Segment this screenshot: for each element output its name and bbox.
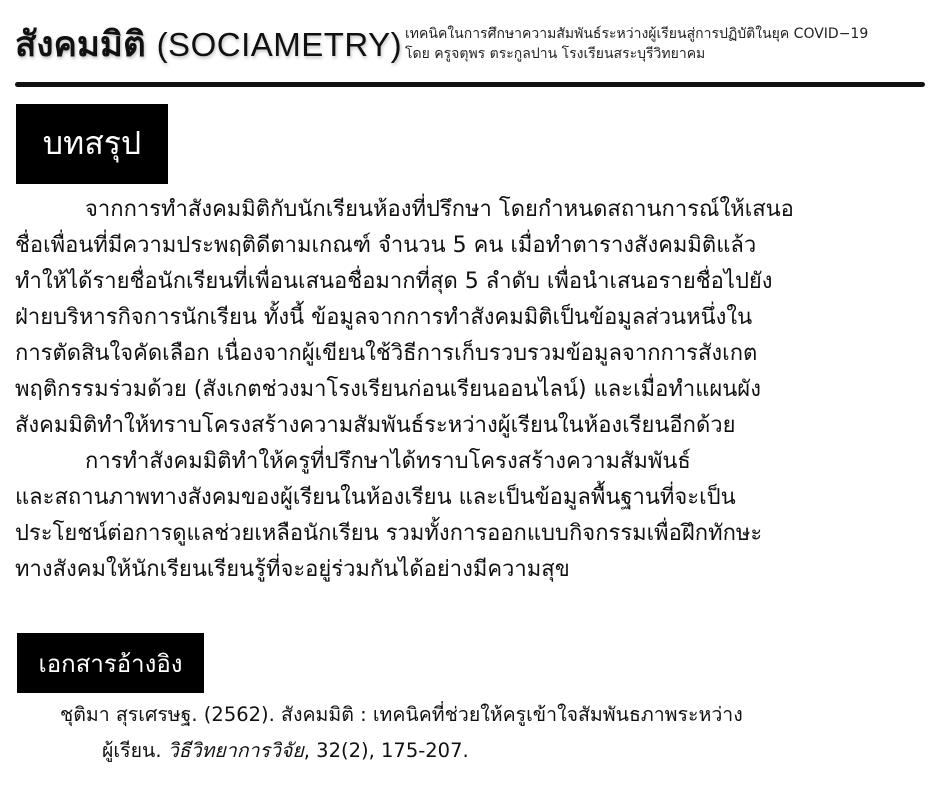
header-divider <box>15 82 925 87</box>
summary-line: ชื่อเพื่อนที่มีความประพฤติดีตามเกณฑ์ จำน… <box>15 228 915 264</box>
title-latin: (SOCIAMETRY) <box>157 26 403 63</box>
summary-heading: บทสรุป <box>16 104 168 184</box>
reference-suffix: , 32(2), 175-207. <box>304 739 469 762</box>
reference-prefix: ผู้เรียน. <box>102 739 168 762</box>
page-subtitle: เทคนิคในการศึกษาความสัมพันธ์ระหว่างผู้เร… <box>405 24 868 64</box>
page-header: สังคมมิติ (SOCIAMETRY) เทคนิคในการศึกษาค… <box>15 18 940 80</box>
summary-line: จากการทำสังคมมิติกับนักเรียนห้องที่ปรึกษ… <box>15 192 915 228</box>
summary-line: ทำให้ได้รายชื่อนักเรียนที่เพื่อนเสนอชื่อ… <box>15 264 915 300</box>
reference-entry: ชุติมา สุรเศรษฐ. (2562). สังคมมิติ : เทค… <box>60 697 920 769</box>
references-heading: เอกสารอ้างอิง <box>17 633 204 693</box>
subtitle-topic: เทคนิคในการศึกษาความสัมพันธ์ระหว่างผู้เร… <box>405 24 868 44</box>
reference-line-1: ชุติมา สุรเศรษฐ. (2562). สังคมมิติ : เทค… <box>60 697 920 733</box>
summary-line: ฝ่ายบริหารกิจการนักเรียน ทั้งนี้ ข้อมูลจ… <box>15 300 915 336</box>
title-thai: สังคมมิติ <box>15 25 146 65</box>
summary-line: การทำสังคมมิติทำให้ครูที่ปรึกษาได้ทราบโค… <box>15 444 915 480</box>
page-title: สังคมมิติ (SOCIAMETRY) <box>15 22 402 68</box>
subtitle-author: โดย ครูจตุพร ตระกูลปาน โรงเรียนสระบุรีวิ… <box>405 44 868 64</box>
reference-line-2: ผู้เรียน. วิธีวิทยาการวิจัย, 32(2), 175-… <box>60 733 920 769</box>
summary-line: และสถานภาพทางสังคมของผู้เรียนในห้องเรียน… <box>15 480 915 516</box>
summary-line: ทางสังคมให้นักเรียนเรียนรู้ที่จะอยู่ร่วม… <box>15 552 915 588</box>
summary-line: สังคมมิติทำให้ทราบโครงสร้างความสัมพันธ์ร… <box>15 408 915 444</box>
summary-line: การตัดสินใจคัดเลือก เนื่องจากผู้เขียนใช้… <box>15 336 915 372</box>
summary-line: พฤติกรรมร่วมด้วย (สังเกตช่วงมาโรงเรียนก่… <box>15 372 915 408</box>
reference-journal: วิธีวิทยาการวิจัย <box>168 739 304 762</box>
summary-body: จากการทำสังคมมิติกับนักเรียนห้องที่ปรึกษ… <box>15 192 915 588</box>
summary-line: ประโยชน์ต่อการดูแลช่วยเหลือนักเรียน รวมท… <box>15 516 915 552</box>
